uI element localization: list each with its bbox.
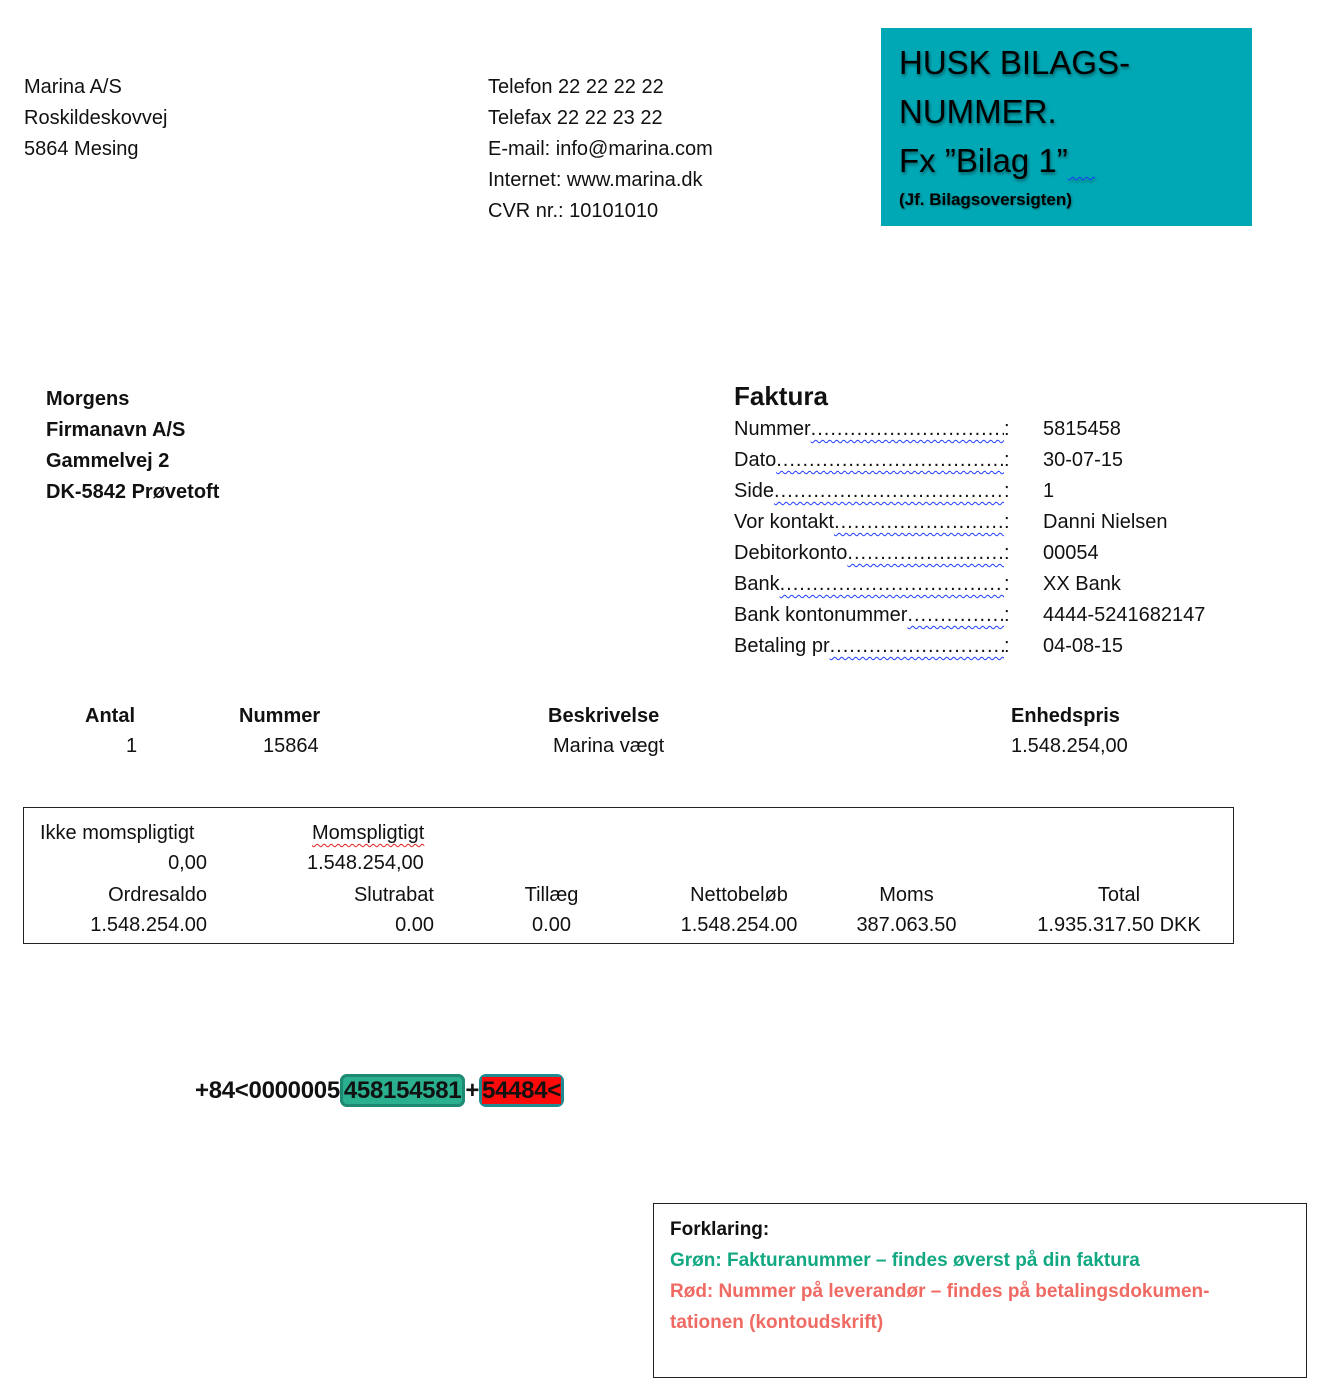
recipient-city: DK-5842 Prøvetoft bbox=[46, 477, 219, 508]
ordresaldo-label: Ordresaldo bbox=[64, 880, 207, 910]
payment-code-creditor-number: 54484< bbox=[482, 1077, 561, 1104]
invoice-field-label: Vor kontakt.............................… bbox=[734, 507, 1004, 538]
colon-separator: : bbox=[1004, 569, 1043, 600]
colon-separator: : bbox=[1004, 538, 1043, 569]
invoice-field-label: Debitorkonto............................… bbox=[734, 538, 1004, 569]
reminder-line-2: NUMMER. bbox=[899, 87, 1234, 136]
invoice-field-label: Betaling pr.............................… bbox=[734, 631, 1004, 662]
invoice-field-value: 30-07-15 bbox=[1043, 445, 1123, 476]
colon-separator: : bbox=[1004, 476, 1043, 507]
invoice-field-row: Dato....................................… bbox=[734, 445, 1205, 476]
total-value: 1.935.317.50 DKK bbox=[1019, 910, 1219, 940]
line-item-antal: 1 bbox=[126, 731, 137, 761]
invoice-field-row: Bank....................................… bbox=[734, 569, 1205, 600]
ordresaldo-value: 1.548.254.00 bbox=[44, 910, 207, 940]
recipient-name: Morgens bbox=[46, 384, 219, 415]
netto-value: 1.548.254.00 bbox=[664, 910, 814, 940]
cvr-number: CVR nr.: 10101010 bbox=[488, 196, 713, 227]
recipient-company: Firmanavn A/S bbox=[46, 415, 219, 446]
momspligtigt-value: 1.548.254,00 bbox=[307, 848, 424, 878]
ikke-momspligtigt-label: Ikke momspligtigt bbox=[40, 818, 195, 848]
invoice-field-value: 04-08-15 bbox=[1043, 631, 1123, 662]
reminder-line-3: Fx ”Bilag 1” bbox=[899, 136, 1234, 185]
invoice-field-value: 1 bbox=[1043, 476, 1054, 507]
payment-code-line: +84<0000005458154581+54484< bbox=[195, 1072, 564, 1110]
leader-dots: ........................................ bbox=[830, 635, 1004, 657]
colon-separator: : bbox=[1004, 600, 1043, 631]
reminder-line-1: HUSK BILAGS- bbox=[899, 38, 1234, 87]
ikke-momspligtigt-value: 0,00 bbox=[64, 848, 207, 878]
slutrabat-label: Slutrabat bbox=[304, 880, 434, 910]
col-header-enhedspris: Enhedspris bbox=[1011, 701, 1120, 731]
invoice-field-label: Dato....................................… bbox=[734, 445, 1004, 476]
leader-dots: ........................................ bbox=[780, 573, 1004, 595]
total-label: Total bbox=[1019, 880, 1219, 910]
payment-code-prefix: +84<0000005 bbox=[195, 1077, 340, 1104]
leader-dots: ........................................ bbox=[907, 604, 1004, 626]
col-header-beskrivelse: Beskrivelse bbox=[548, 701, 659, 731]
payment-code-separator: + bbox=[465, 1077, 479, 1104]
legend-red-line-1: Rød: Nummer på leverandør – findes på be… bbox=[670, 1276, 1290, 1307]
tillaeg-value: 0.00 bbox=[504, 910, 599, 940]
sender-street: Roskildeskovvej bbox=[24, 103, 167, 134]
invoice-field-row: Betaling pr.............................… bbox=[734, 631, 1205, 662]
recipient-street: Gammelvej 2 bbox=[46, 446, 219, 477]
invoice-field-value: 00054 bbox=[1043, 538, 1099, 569]
invoice-field-row: Bank kontonummer........................… bbox=[734, 600, 1205, 631]
invoice-field-value: XX Bank bbox=[1043, 569, 1121, 600]
moms-value: 387.063.50 bbox=[844, 910, 969, 940]
legend-green-line: Grøn: Fakturanummer – findes øverst på d… bbox=[670, 1245, 1290, 1276]
sender-name: Marina A/S bbox=[24, 72, 167, 103]
line-item-nummer: 15864 bbox=[263, 731, 319, 761]
invoice-field-label: Nummer..................................… bbox=[734, 414, 1004, 445]
leader-dots: ........................................ bbox=[834, 511, 1004, 533]
legend-title: Forklaring: bbox=[670, 1214, 1290, 1245]
reminder-note: HUSK BILAGS- NUMMER. Fx ”Bilag 1” (Jf. B… bbox=[881, 28, 1252, 226]
invoice-field-row: Vor kontakt.............................… bbox=[734, 507, 1205, 538]
invoice-field-value: 4444-5241682147 bbox=[1043, 600, 1205, 631]
leader-dots: ........................................ bbox=[774, 480, 1004, 502]
col-header-nummer: Nummer bbox=[239, 701, 320, 731]
sender-contact: Telefon 22 22 22 22 Telefax 22 22 23 22 … bbox=[488, 72, 713, 227]
invoice-field-label: Side....................................… bbox=[734, 476, 1004, 507]
payment-code-creditor-wrap: 54484< bbox=[479, 1074, 564, 1107]
invoice-field-row: Nummer..................................… bbox=[734, 414, 1205, 445]
colon-separator: : bbox=[1004, 445, 1043, 476]
invoice-field-row: Debitorkonto............................… bbox=[734, 538, 1205, 569]
leader-dots: ........................................ bbox=[776, 449, 1004, 471]
recipient-address: Morgens Firmanavn A/S Gammelvej 2 DK-584… bbox=[46, 384, 219, 508]
invoice-field-row: Side....................................… bbox=[734, 476, 1205, 507]
invoice-details: Faktura Nummer..........................… bbox=[734, 378, 1205, 662]
sender-address: Marina A/S Roskildeskovvej 5864 Mesing bbox=[24, 72, 167, 165]
leader-dots: ........................................ bbox=[847, 542, 1004, 564]
reminder-note-text: (Jf. Bilagsoversigten) bbox=[899, 185, 1234, 215]
slutrabat-value: 0.00 bbox=[304, 910, 434, 940]
invoice-field-label: Bank kontonummer........................… bbox=[734, 600, 1004, 631]
momspligtigt-label: Momspligtigt bbox=[312, 818, 424, 848]
email: E-mail: info@marina.com bbox=[488, 134, 713, 165]
moms-label: Moms bbox=[844, 880, 969, 910]
line-item-enhedspris: 1.548.254,00 bbox=[1011, 731, 1128, 761]
website: Internet: www.marina.dk bbox=[488, 165, 713, 196]
colon-separator: : bbox=[1004, 631, 1043, 662]
phone: Telefon 22 22 22 22 bbox=[488, 72, 713, 103]
invoice-title: Faktura bbox=[734, 378, 1205, 414]
fax: Telefax 22 22 23 22 bbox=[488, 103, 713, 134]
sender-city: 5864 Mesing bbox=[24, 134, 167, 165]
totals-box: Ikke momspligtigt 0,00 Momspligtigt 1.54… bbox=[23, 807, 1234, 944]
col-header-antal: Antal bbox=[85, 701, 135, 731]
colon-separator: : bbox=[1004, 507, 1043, 538]
payment-code-invoice-number: 458154581 bbox=[340, 1074, 465, 1107]
spellcheck-mark bbox=[1068, 142, 1096, 179]
invoice-field-label: Bank....................................… bbox=[734, 569, 1004, 600]
legend-red-line-2: tationen (kontoudskrift) bbox=[670, 1307, 1290, 1338]
legend-box: Forklaring: Grøn: Fakturanummer – findes… bbox=[653, 1203, 1307, 1378]
leader-dots: ........................................ bbox=[811, 418, 1004, 440]
invoice-field-value: 5815458 bbox=[1043, 414, 1121, 445]
line-item-beskrivelse: Marina vægt bbox=[553, 731, 664, 761]
colon-separator: : bbox=[1004, 414, 1043, 445]
tillaeg-label: Tillæg bbox=[504, 880, 599, 910]
netto-label: Nettobeløb bbox=[664, 880, 814, 910]
invoice-field-value: Danni Nielsen bbox=[1043, 507, 1168, 538]
